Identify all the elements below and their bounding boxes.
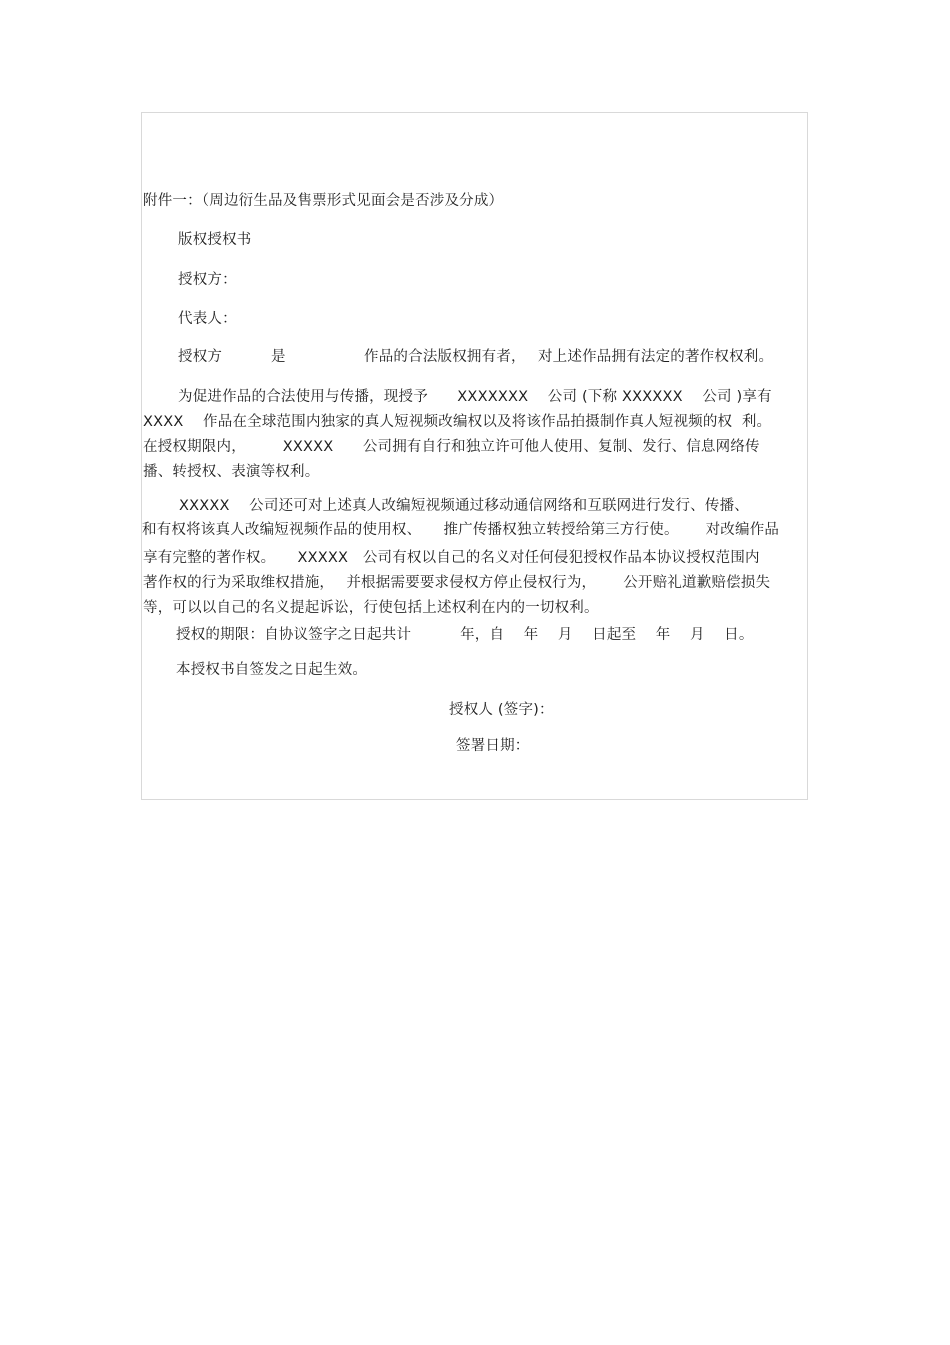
attachment-note-line: 附件一：（周边衍生品及售票形式见面会是否涉及分成）	[143, 193, 503, 210]
ownership-statement-line: 授权方 是 作品的合法版权拥有者， 对上述作品拥有法定的著作权权利。	[178, 349, 773, 366]
sign-date-field-label: 签署日期：	[456, 738, 530, 755]
authorization-term-line: 授权的期限：自协议签字之日起共计 年，自 年 月 日起至 年 月 日。	[176, 627, 754, 644]
grant-paragraph-line: XXXX 作品在全球范围内独家的真人短视频改编权以及将该作品拍摄制作真人短视频的…	[143, 414, 771, 431]
rights-paragraph-line: 和有权将该真人改编短视频作品的使用权、 推广传播权独立转授给第三方行使。 对改编…	[142, 522, 779, 539]
representative-field-label: 代表人：	[178, 311, 237, 328]
rights-paragraph-line: 著作权的行为采取维权措施， 并根据需要要求侵权方停止侵权行为， 公开赔礼道歉赔偿…	[143, 575, 770, 592]
grant-paragraph-line: 为促进作品的合法使用与传播，现授予 XXXXXXX 公司 (下称 XXXXXX …	[178, 389, 772, 406]
signature-field-label: 授权人 (签字)：	[449, 702, 554, 719]
document-viewer-canvas: { "doc": { "attachment_note": "附件一：（周边衍生…	[0, 0, 950, 1345]
licensor-field-label: 授权方：	[178, 272, 237, 289]
rights-paragraph-line: 享有完整的著作权。 XXXXX 公司有权以自己的名义对任何侵犯授权作品本协议授权…	[143, 550, 760, 567]
document-page: 附件一：（周边衍生品及售票形式见面会是否涉及分成） 版权授权书 授权方： 代表人…	[141, 112, 808, 800]
rights-paragraph-line: XXXXX 公司还可对上述真人改编短视频通过移动通信网络和互联网进行发行、传播、	[179, 498, 749, 515]
rights-paragraph-line: 等，可以以自己的名义提起诉讼，行使包括上述权利在内的一切权利。	[143, 600, 599, 617]
effective-date-line: 本授权书自签发之日起生效。	[176, 662, 367, 679]
grant-paragraph-line: 在授权期限内， XXXXX 公司拥有自行和独立许可他人使用、复制、发行、信息网络…	[143, 439, 760, 456]
document-title: 版权授权书	[178, 232, 252, 249]
grant-paragraph-line: 播、转授权、表演等权利。	[143, 464, 319, 481]
